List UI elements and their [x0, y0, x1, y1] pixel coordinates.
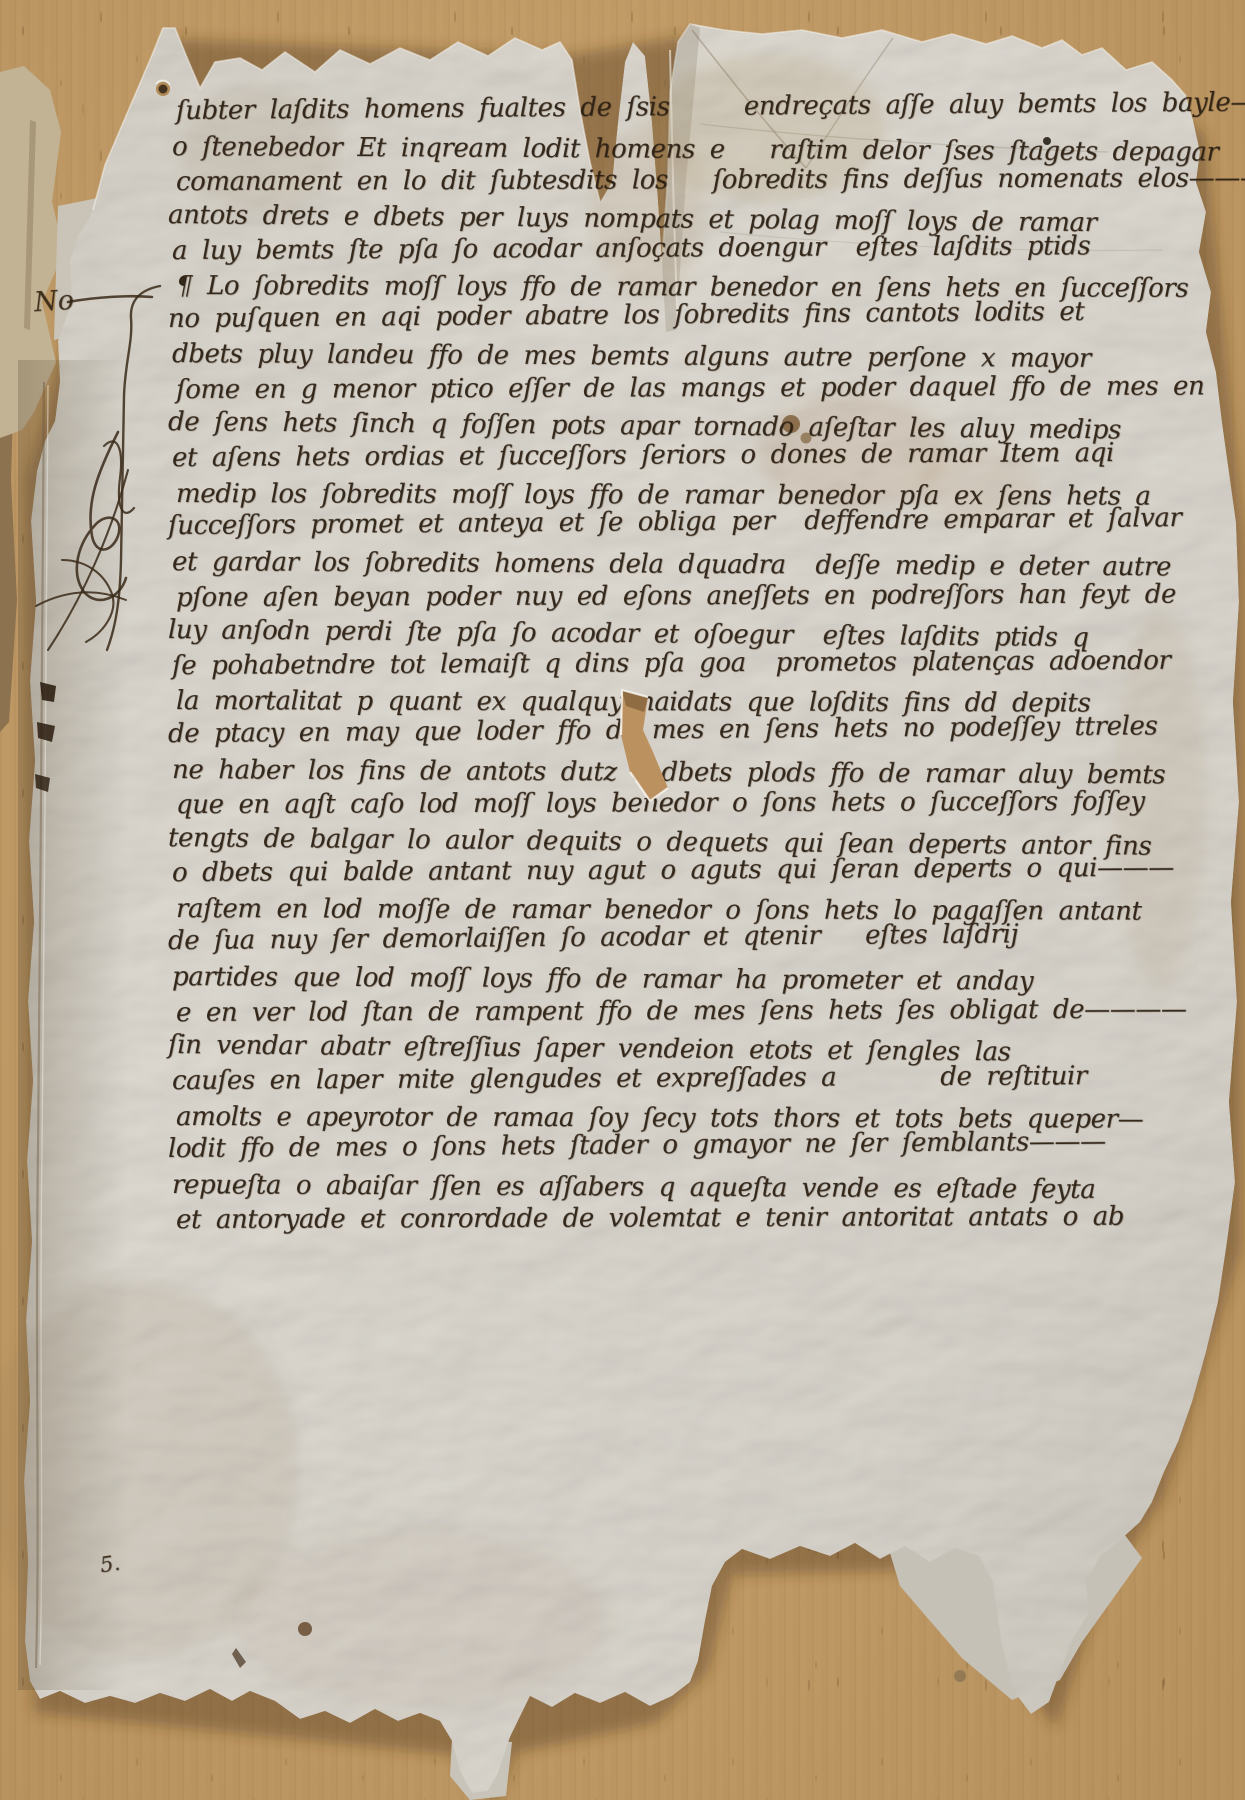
manuscript-line: de ptacy en may que loder ffo de mes en … — [168, 711, 1198, 755]
manuscript-line: et aſens hets ordias et ſucceſſors ſerio… — [172, 438, 1202, 479]
manuscript-line: o dbets qui balde antant nuy agut o agut… — [172, 853, 1202, 894]
manuscript-text-block: ſubter laſdits homens fualtes de ſsis en… — [0, 0, 1245, 1800]
manuscript-line: ſome en g menor ptico eſſer de las mangs… — [176, 371, 1206, 411]
manuscript-line: cauſes en laper mite glengudes et expreſ… — [172, 1060, 1202, 1101]
folio-mark: 5. — [98, 1551, 121, 1578]
manuscript-line: no puſquen en aqi poder abatre los ſobre… — [168, 296, 1198, 340]
manuscript-line: comanament en lo dit ſubtesdits los ſobr… — [176, 164, 1206, 204]
manuscript-line: ſe pohabetndre tot lemaiſt q dins pſa go… — [172, 645, 1202, 686]
manuscript-line: e en ver lod ſtan de rampent ffo de mes … — [176, 994, 1206, 1034]
margin-note: No — [33, 285, 75, 319]
manuscript-line: que en aqſt caſo lod moſſ loys benedor o… — [176, 787, 1206, 827]
manuscript-line: et antoryade et conrordade de volemtat e… — [176, 1202, 1206, 1242]
manuscript-line: lodit ffo de mes o ſons hets ſtader o gm… — [168, 1126, 1198, 1170]
manuscript-line: a luy bemts ſte pſa ſo acodar anſoçats d… — [172, 230, 1202, 271]
manuscript-line: pſone aſen beyan poder nuy ed eſons aneſ… — [176, 579, 1206, 619]
manuscript-line: de ſua nuy ſer demorlaiſſen ſo acodar et… — [168, 918, 1198, 962]
manuscript-photo: ſubter laſdits homens fualtes de ſsis en… — [0, 0, 1245, 1800]
manuscript-line: ſucceſſors promet et anteya et ſe obliga… — [168, 503, 1198, 547]
manuscript-line: ſubter laſdits homens fualtes de ſsis en… — [176, 88, 1206, 132]
